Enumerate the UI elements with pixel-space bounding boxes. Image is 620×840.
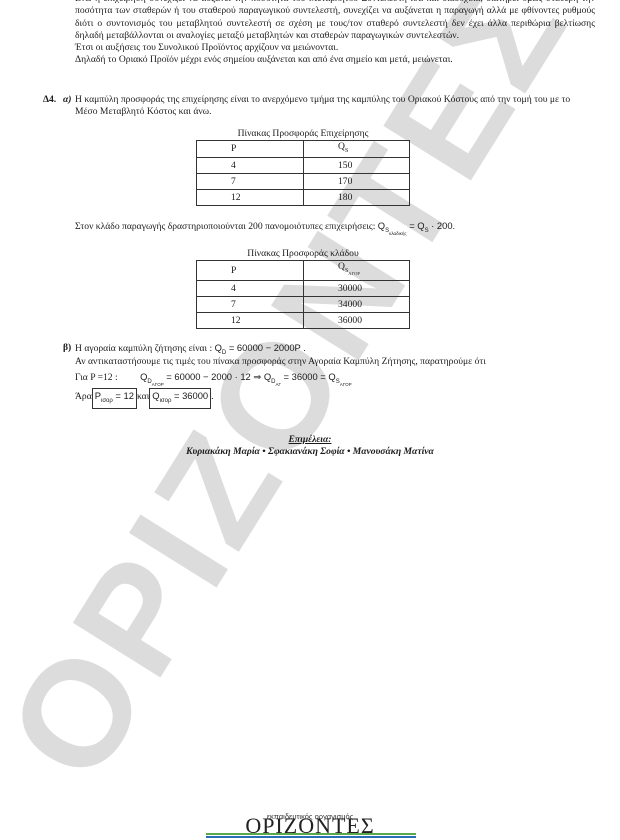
table-row: 4 30000: [197, 281, 410, 297]
cell-quantity: 150: [304, 158, 410, 174]
intro-line-1: Ενώ η επιχείρηση συνεχίζει να αυξάνει τη…: [75, 0, 595, 42]
table-row: 4 150: [197, 158, 410, 174]
cell-quantity: 30000: [304, 281, 410, 297]
credits-names: Κυριακάκη Μαρία • Σφακιανάκη Σοφία • Μαν…: [0, 446, 620, 458]
industry-text: Στον κλάδο παραγωγής δραστηριοποιούνται …: [75, 221, 375, 232]
table-row: 12 36000: [197, 313, 410, 329]
credits-heading: Επιμέλεια:: [289, 434, 332, 445]
part-b-line-4: ΆραPισορ = 12καιQισορ = 36000.: [75, 388, 214, 409]
industry-formula: QSκλαδικής = QS · 200.: [378, 220, 455, 231]
cell-quantity: 36000: [304, 313, 410, 329]
cell-price: 7: [197, 174, 304, 190]
cell-quantity: 180: [304, 190, 410, 206]
equilibrium-quantity-box: Qισορ = 36000: [149, 388, 211, 409]
table-row: 7 34000: [197, 297, 410, 313]
table-header-row: P QSΑΓΟΡ: [197, 261, 410, 281]
logo: εκπαιδευτικός οργανισμός ΟΡΙΖΟΝΤΕΣ: [200, 808, 420, 840]
question-number: Δ4.: [43, 94, 56, 106]
part-a-text: Η καμπύλη προσφοράς της επιχείρησης είνα…: [75, 94, 595, 119]
table-row: 7 170: [197, 174, 410, 190]
for-p-label: Για P =12 :: [75, 372, 118, 383]
header-qs-agor: QSΑΓΟΡ: [304, 261, 410, 281]
and-label: και: [137, 391, 149, 402]
firm-table-caption: Πίνακας Προσφοράς Επιχείρησης: [196, 128, 410, 140]
substitution-formula: QDΑΓΟΡ = 60000 − 2000 · 12 ⇒ QDΑΓ = 3600…: [140, 371, 352, 382]
credits-title: Επιμέλεια:: [0, 434, 620, 446]
demand-formula: QD = 60000 − 2000P .: [215, 342, 306, 353]
industry-sentence: Στον κλάδο παραγωγής δραστηριοποιούνται …: [75, 220, 455, 240]
industry-table-caption: Πίνακας Προσφοράς κλάδου: [196, 248, 410, 260]
industry-supply-table: P QSΑΓΟΡ 4 30000 7 34000 12 36000: [196, 260, 410, 329]
cell-price: 12: [197, 190, 304, 206]
demand-curve-text: Η αγοραία καμπύλη ζήτησης είναι :: [75, 343, 212, 354]
firm-supply-table: P QS 4 150 7 170 12 180: [196, 140, 410, 206]
cell-quantity: 170: [304, 174, 410, 190]
table-header-row: P QS: [197, 141, 410, 158]
header-p: P: [197, 261, 304, 281]
table-row: 12 180: [197, 190, 410, 206]
part-a-text-block: Η καμπύλη προσφοράς της επιχείρησης είνα…: [75, 94, 595, 119]
watermark: ΟΡΙΖΟΝΤΕΣ: [0, 0, 620, 840]
intro-line-2: Έτσι οι αυξήσεις του Συνολικού Προϊόντος…: [75, 42, 595, 54]
logo-green-line: [206, 833, 416, 835]
cell-price: 4: [197, 158, 304, 174]
therefore-label: Άρα: [75, 391, 92, 402]
equilibrium-price-box: Pισορ = 12: [92, 388, 137, 409]
intro-line-3: Δηλαδή το Οριακό Προϊόν μέχρι ενός σημεί…: [75, 54, 595, 66]
part-a-label: α): [63, 94, 72, 106]
part-b-label: β): [63, 342, 71, 354]
header-p: P: [197, 141, 304, 158]
header-qs: QS: [304, 141, 410, 158]
cell-price: 12: [197, 313, 304, 329]
logo-blue-line: [206, 836, 416, 838]
cell-quantity: 34000: [304, 297, 410, 313]
intro-paragraph: Ενώ η επιχείρηση συνεχίζει να αυξάνει τη…: [75, 0, 595, 67]
logo-wordmark: ΟΡΙΖΟΝΤΕΣ: [200, 820, 420, 832]
cell-price: 4: [197, 281, 304, 297]
part-b-line-2: Αν αντικαταστήσουμε τις τιμές του πίνακα…: [75, 356, 486, 368]
cell-price: 7: [197, 297, 304, 313]
